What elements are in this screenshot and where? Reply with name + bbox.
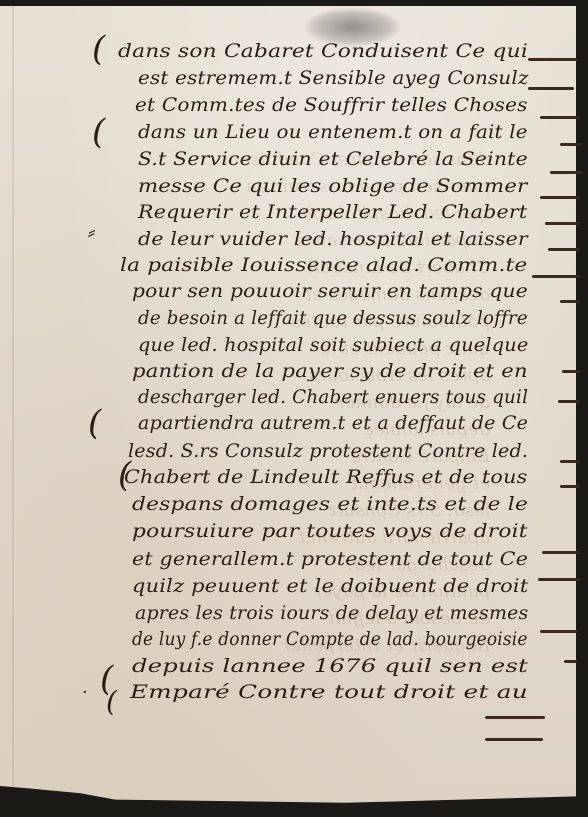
text-line: que led. hospital soit subiect a quelque xyxy=(138,334,528,356)
text-line: la paisible Iouissence alad. Comm.te xyxy=(120,254,527,276)
text-line: pour sen pouuoir seruir en tamps que xyxy=(132,280,528,302)
text-line: apartiendra autrem.t et a deffaut de Ce xyxy=(138,412,528,434)
margin-bracket-mark: ( xyxy=(92,115,105,149)
text-line: descharger led. Chabert enuers tous quil xyxy=(138,386,528,408)
line-filler-dash xyxy=(528,58,578,61)
text-line: Emparé Contre tout droit et au xyxy=(130,681,528,703)
line-filler-dash xyxy=(540,630,578,633)
text-line: Chabert de Lindeult Reffus et de tous xyxy=(124,466,527,488)
text-line: dans son Cabaret Conduisent Ce qui xyxy=(118,40,528,62)
margin-bracket-mark: ( xyxy=(88,406,101,440)
text-line: est estremem.t Sensible ayeg Consulz xyxy=(138,67,529,89)
text-line: lesd. S.rs Consulz protestent Contre led… xyxy=(128,440,528,462)
text-line: pantion de la payer sy de droit et en xyxy=(132,360,528,382)
line-filler-dash xyxy=(485,738,543,741)
text-line: dans un Lieu ou entenem.t on a fait le xyxy=(138,121,528,143)
text-line: S.t Service diuin et Celebré la Seinte xyxy=(138,148,528,170)
line-filler-dash xyxy=(545,222,580,225)
text-line: messe Ce qui les oblige de Sommer xyxy=(138,175,527,197)
text-line: despans domages et inte.ts et de le xyxy=(132,493,528,515)
margin-dot-mark: · xyxy=(82,684,88,702)
line-filler-dash xyxy=(538,578,580,581)
line-filler-dash xyxy=(550,171,582,174)
text-line: depuis lannee 1676 quil sen est xyxy=(132,655,528,677)
margin-paragraph-mark: ⸗ xyxy=(88,222,95,244)
line-filler-dash xyxy=(528,87,574,90)
line-filler-dash xyxy=(560,460,580,463)
margin-bracket-mark: ( xyxy=(118,458,131,492)
text-line: et Comm.tes de Souffrir telles Choses xyxy=(135,94,528,116)
line-filler-dash xyxy=(558,400,580,403)
line-filler-dash xyxy=(540,196,580,199)
text-line: et generallem.t protestent de tout Ce xyxy=(132,548,528,570)
text-line: quilz peuuent et le doibuent de droit xyxy=(132,575,528,597)
line-filler-dash xyxy=(560,300,580,303)
text-line: de besoin a leffait que dessus soulz lof… xyxy=(138,307,528,329)
line-filler-dash xyxy=(560,485,580,488)
text-line: de luy f.e donner Compte de lad. bourgeo… xyxy=(132,628,528,650)
line-filler-dash xyxy=(532,275,580,278)
line-filler-dash xyxy=(548,248,580,251)
text-line: apres les trois iours de delay et mesmes xyxy=(135,602,528,624)
text-line: Requerir et Interpeller Led. Chabert xyxy=(138,201,527,223)
line-filler-dash xyxy=(564,660,578,663)
text-line: de leur vuider led. hospital et laisser xyxy=(138,228,528,250)
line-filler-dash xyxy=(542,551,580,554)
margin-bracket-mark: ( xyxy=(106,688,117,716)
margin-bracket-mark: ( xyxy=(92,32,105,66)
line-filler-dash xyxy=(540,116,580,119)
text-line: poursuiure par toutes voys de droit xyxy=(132,520,528,542)
line-filler-dash xyxy=(562,370,580,373)
line-filler-dash xyxy=(560,143,582,146)
line-filler-dash xyxy=(485,716,545,719)
